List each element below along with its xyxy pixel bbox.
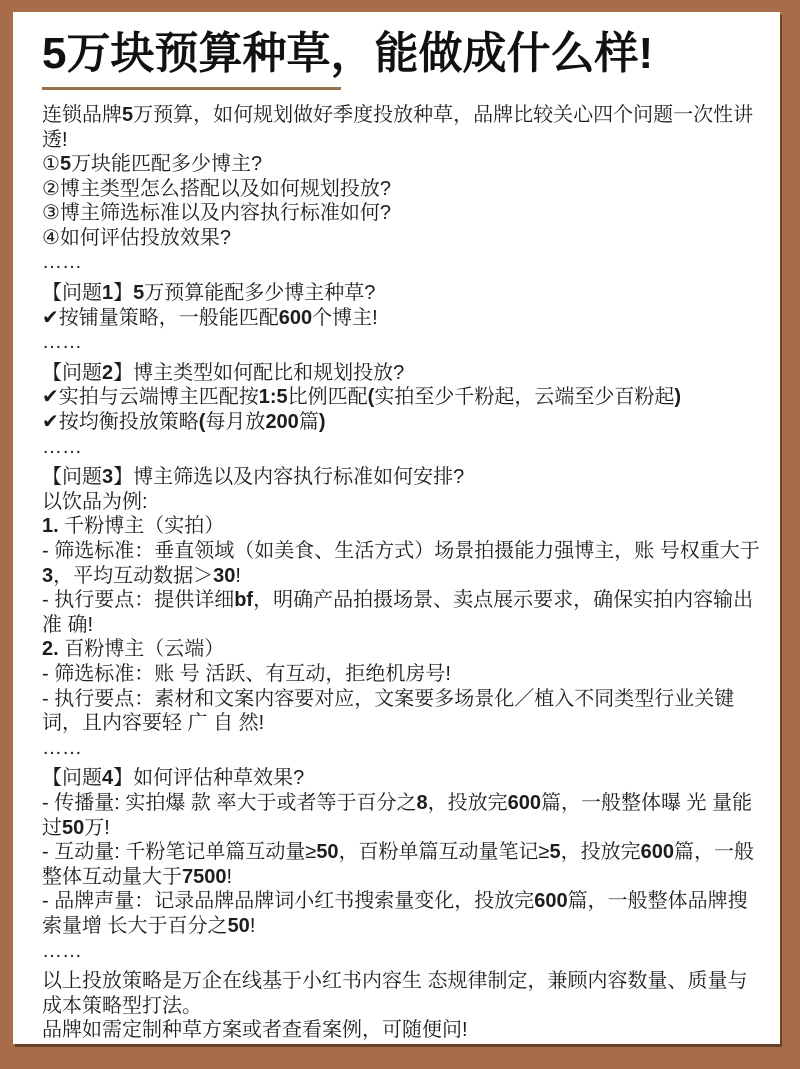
text-segment: ! [227, 866, 233, 888]
text-line: 【问题3】博主筛选以及内容执行标准如何安排? [42, 465, 760, 490]
text-line: - 执行要点：提供详细bf，明确产品拍摄场景、卖点展示要求，确保实拍内容输出 准… [42, 588, 760, 637]
text-line: - 品牌声量：记录品牌品牌词小红书搜索量变化，投放完600篇，一般整体品牌搜索量… [42, 889, 760, 938]
text-segment: 每月放 [205, 411, 265, 433]
text-segment: 】博主类型如何配比和规划投放? [113, 362, 404, 384]
section-question-4: 【问题4】如何评估种草效果?- 传播量: 实拍爆 款 率大于或者等于百分之8，投… [42, 766, 760, 963]
text-segment: 百粉博主（云端） [59, 638, 225, 660]
text-segment: 千粉博主（实拍） [59, 515, 225, 537]
text-segment: 实拍至少千粉起，云端至少百粉起 [374, 386, 674, 408]
text-line: …… [42, 330, 760, 355]
text-segment: - 执行要点：提供详细 [42, 589, 234, 611]
text-segment: 万块能匹配多少博主? [71, 153, 262, 175]
text-segment: 品牌如需定制种草方案或者查看案例，可随便问! [42, 1019, 468, 1041]
text-segment: 【问题 [42, 466, 102, 488]
text-line: ④如何评估投放效果? [42, 226, 760, 251]
text-line: 连锁品牌5万预算，如何规划做好季度投放种草，品牌比较关心四个问题一次性讲透! [42, 103, 760, 152]
text-segment: ✔实拍与云端博主匹配按 [42, 386, 259, 408]
text-segment: - 筛选标准：账 号 活跃、有互动，拒绝机房号! [42, 663, 451, 685]
text-line: ②博主类型怎么搭配以及如何规划投放? [42, 177, 760, 202]
text-segment: …… [42, 737, 82, 759]
text-segment: 连锁品牌 [42, 104, 122, 126]
text-segment: 万预算，如何规划做好季度投放种草，品牌比较关心四个问题一次性讲透! [42, 104, 753, 151]
text-line: 1. 千粉博主（实拍） [42, 514, 760, 539]
text-segment: 【问题 [42, 282, 102, 304]
text-segment-bold: 2. [42, 638, 59, 660]
text-segment: 万! [84, 817, 110, 839]
text-segment-bold: 30 [213, 565, 235, 587]
text-segment: 【问题 [42, 362, 102, 384]
text-segment-bold: 50 [228, 915, 250, 937]
text-segment: …… [42, 436, 82, 458]
text-segment: - 品牌声量：记录品牌品牌词小红书搜索量变化，投放完 [42, 890, 534, 912]
text-segment: 个博主! [312, 307, 378, 329]
text-line: 2. 百粉博主（云端） [42, 637, 760, 662]
text-segment-bold: 600 [508, 792, 541, 814]
text-segment: - 互动量: 千粉笔记单篇互动量≥ [42, 841, 316, 863]
title-underline [42, 87, 341, 90]
section-intro: 连锁品牌5万预算，如何规划做好季度投放种草，品牌比较关心四个问题一次性讲透!①5… [42, 103, 760, 275]
text-segment: ③博主筛选标准以及内容执行标准如何? [42, 202, 391, 224]
text-segment-bold: 600 [534, 890, 567, 912]
text-segment-bold: 50 [316, 841, 338, 863]
text-segment-bold: 600 [641, 841, 674, 863]
text-segment: 】博主筛选以及内容执行标准如何安排? [113, 466, 464, 488]
text-segment-bold: 5 [60, 153, 71, 175]
text-segment: 【问题 [42, 767, 102, 789]
text-segment: ① [42, 153, 60, 175]
text-segment: ，百粉单篇互动量笔记≥ [339, 841, 550, 863]
text-segment: ，平均互动数据＞ [53, 565, 213, 587]
text-line: 【问题1】5万预算能配多少博主种草? [42, 281, 760, 306]
text-segment: ! [250, 915, 256, 937]
text-line: ①5万块能匹配多少博主? [42, 152, 760, 177]
text-segment-bold: 2 [102, 362, 113, 384]
text-segment-bold: 1 [102, 282, 113, 304]
text-segment: ，投放完 [561, 841, 641, 863]
text-segment: ，投放完 [428, 792, 508, 814]
section-question-1: 【问题1】5万预算能配多少博主种草?✔按铺量策略，一般能匹配600个博主!…… [42, 281, 760, 355]
text-segment: …… [42, 940, 82, 962]
text-segment: - 筛选标准：垂直领域（如美食、生活方式）场景拍摄能力强博主，账 号权重大于 [42, 540, 760, 562]
poster-body: 连锁品牌5万预算，如何规划做好季度投放种草，品牌比较关心四个问题一次性讲透!①5… [42, 103, 760, 1043]
poster-root: { "page": { "title": "5万块预算种草，能做成什么样!", … [0, 0, 800, 1069]
text-segment-bold: bf [234, 589, 253, 611]
poster-card: 5万块预算种草，能做成什么样! 连锁品牌5万预算，如何规划做好季度投放种草，品牌… [13, 12, 780, 1044]
text-segment: - 传播量: 实拍爆 款 率大于或者等于百分之 [42, 792, 416, 814]
text-segment: ✔按铺量策略，一般能匹配 [42, 307, 279, 329]
text-segment-bold: 1:5 [259, 386, 288, 408]
text-segment-bold: 3 [102, 466, 113, 488]
section-question-3: 【问题3】博主筛选以及内容执行标准如何安排?以饮品为例:1. 千粉博主（实拍）-… [42, 465, 760, 760]
text-segment-bold: 600 [279, 307, 312, 329]
text-segment: 比例匹配 [288, 386, 368, 408]
text-line: …… [42, 939, 760, 964]
text-segment: ②博主类型怎么搭配以及如何规划投放? [42, 178, 391, 200]
text-line: - 传播量: 实拍爆 款 率大于或者等于百分之8，投放完600篇，一般整体曝 光… [42, 791, 760, 840]
text-segment-bold: 1. [42, 515, 59, 537]
text-line: 以饮品为例: [42, 490, 760, 515]
text-line: - 筛选标准：垂直领域（如美食、生活方式）场景拍摄能力强博主，账 号权重大于 3… [42, 539, 760, 588]
text-segment: 】 [113, 282, 133, 304]
section-footer: 以上投放策略是万企在线基于小红书内容生 态规律制定，兼顾内容数量、质量与成本策略… [42, 969, 760, 1043]
text-line: …… [42, 736, 760, 761]
text-segment: 】如何评估种草效果? [113, 767, 304, 789]
text-segment-bold: 200 [265, 411, 298, 433]
text-segment-bold: 8 [416, 792, 427, 814]
text-segment-bold: 50 [62, 817, 84, 839]
text-segment: 以饮品为例: [42, 491, 148, 513]
text-segment: - 执行要点：素材和文案内容要对应，文案要多场景化／植入不同类型行业关键 词，且… [42, 688, 734, 735]
text-line: ✔按铺量策略，一般能匹配600个博主! [42, 306, 760, 331]
poster-title: 5万块预算种草，能做成什么样! [42, 28, 760, 80]
text-segment: 以上投放策略是万企在线基于小红书内容生 态规律制定，兼顾内容数量、质量与成本策略… [42, 970, 748, 1017]
section-question-2: 【问题2】博主类型如何配比和规划投放?✔实拍与云端博主匹配按1:5比例匹配(实拍… [42, 361, 760, 459]
text-line: 【问题2】博主类型如何配比和规划投放? [42, 361, 760, 386]
text-line: …… [42, 435, 760, 460]
text-line: - 筛选标准：账 号 活跃、有互动，拒绝机房号! [42, 662, 760, 687]
text-line: ✔按均衡投放策略(每月放200篇) [42, 410, 760, 435]
text-segment: 篇 [299, 411, 319, 433]
text-line: ③博主筛选标准以及内容执行标准如何? [42, 201, 760, 226]
text-line: - 互动量: 千粉笔记单篇互动量≥50，百粉单篇互动量笔记≥5，投放完600篇，… [42, 840, 760, 889]
text-segment-bold: 3 [42, 565, 53, 587]
text-line: - 执行要点：素材和文案内容要对应，文案要多场景化／植入不同类型行业关键 词，且… [42, 687, 760, 736]
text-segment-bold: 5 [122, 104, 133, 126]
text-segment: …… [42, 251, 82, 273]
text-segment-bold: ) [674, 386, 681, 408]
text-line: 【问题4】如何评估种草效果? [42, 766, 760, 791]
text-line: …… [42, 250, 760, 275]
text-segment-bold: 4 [102, 767, 113, 789]
text-segment: ④如何评估投放效果? [42, 227, 231, 249]
text-segment-bold: ) [319, 411, 326, 433]
text-segment: ! [235, 565, 241, 587]
text-line: ✔实拍与云端博主匹配按1:5比例匹配(实拍至少千粉起，云端至少百粉起) [42, 385, 760, 410]
text-line: 以上投放策略是万企在线基于小红书内容生 态规律制定，兼顾内容数量、质量与成本策略… [42, 969, 760, 1018]
text-segment-bold: 7500 [182, 866, 227, 888]
text-segment-bold: 5 [133, 282, 144, 304]
text-line: 品牌如需定制种草方案或者查看案例，可随便问! [42, 1018, 760, 1043]
text-segment: …… [42, 331, 82, 353]
text-segment: 万预算能配多少博主种草? [144, 282, 375, 304]
text-segment: ✔按均衡投放策略 [42, 411, 199, 433]
text-segment-bold: 5 [550, 841, 561, 863]
